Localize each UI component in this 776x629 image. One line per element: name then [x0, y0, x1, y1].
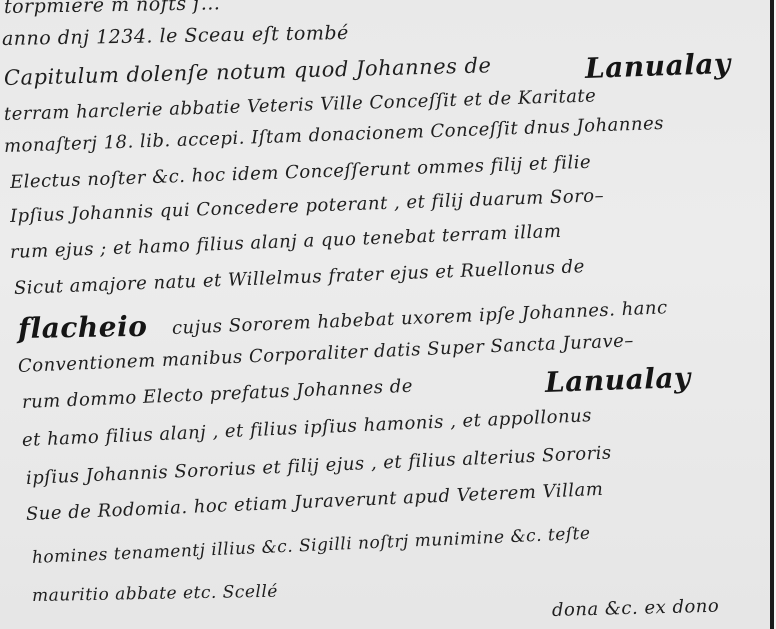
manuscript-emphasis: flacheio — [18, 310, 148, 345]
manuscript-line: Sicut amajore natu et Willelmus frater e… — [14, 256, 586, 299]
manuscript-line: rum dommo Electo prefatus Johannes de — [22, 376, 414, 413]
manuscript-line: Sue de Rodomia. hoc etiam Juraverunt apu… — [26, 479, 604, 525]
manuscript-line: Electus noſter &c. hoc idem Conceſſerunt… — [10, 152, 592, 193]
manuscript-page: torpmiere m nofts ſ...anno dnj 1234. le … — [0, 0, 776, 629]
manuscript-emphasis: Lanualay — [584, 47, 731, 85]
manuscript-line: rum ejus ; et hamo filius alanj a quo te… — [10, 221, 562, 263]
manuscript-line: Ipſius Johannis qui Concedere poterant ,… — [10, 185, 605, 227]
manuscript-line: dona &c. ex dono — [552, 596, 720, 621]
manuscript-line: Capitulum dolenſe notum quod Johannes de — [4, 53, 492, 90]
manuscript-line: homines tenamentj illius &c. Sigilli noſ… — [32, 524, 591, 568]
manuscript-line: anno dnj 1234. le Sceau eſt tombé — [2, 22, 349, 50]
manuscript-emphasis: Lanualay — [544, 361, 691, 399]
manuscript-line: torpmiere m nofts ſ... — [4, 0, 221, 18]
manuscript-line: et hamo filius alanj , et filius ipſius … — [22, 405, 593, 451]
manuscript-line: mauritio abbate etc. Scellé — [32, 582, 278, 606]
